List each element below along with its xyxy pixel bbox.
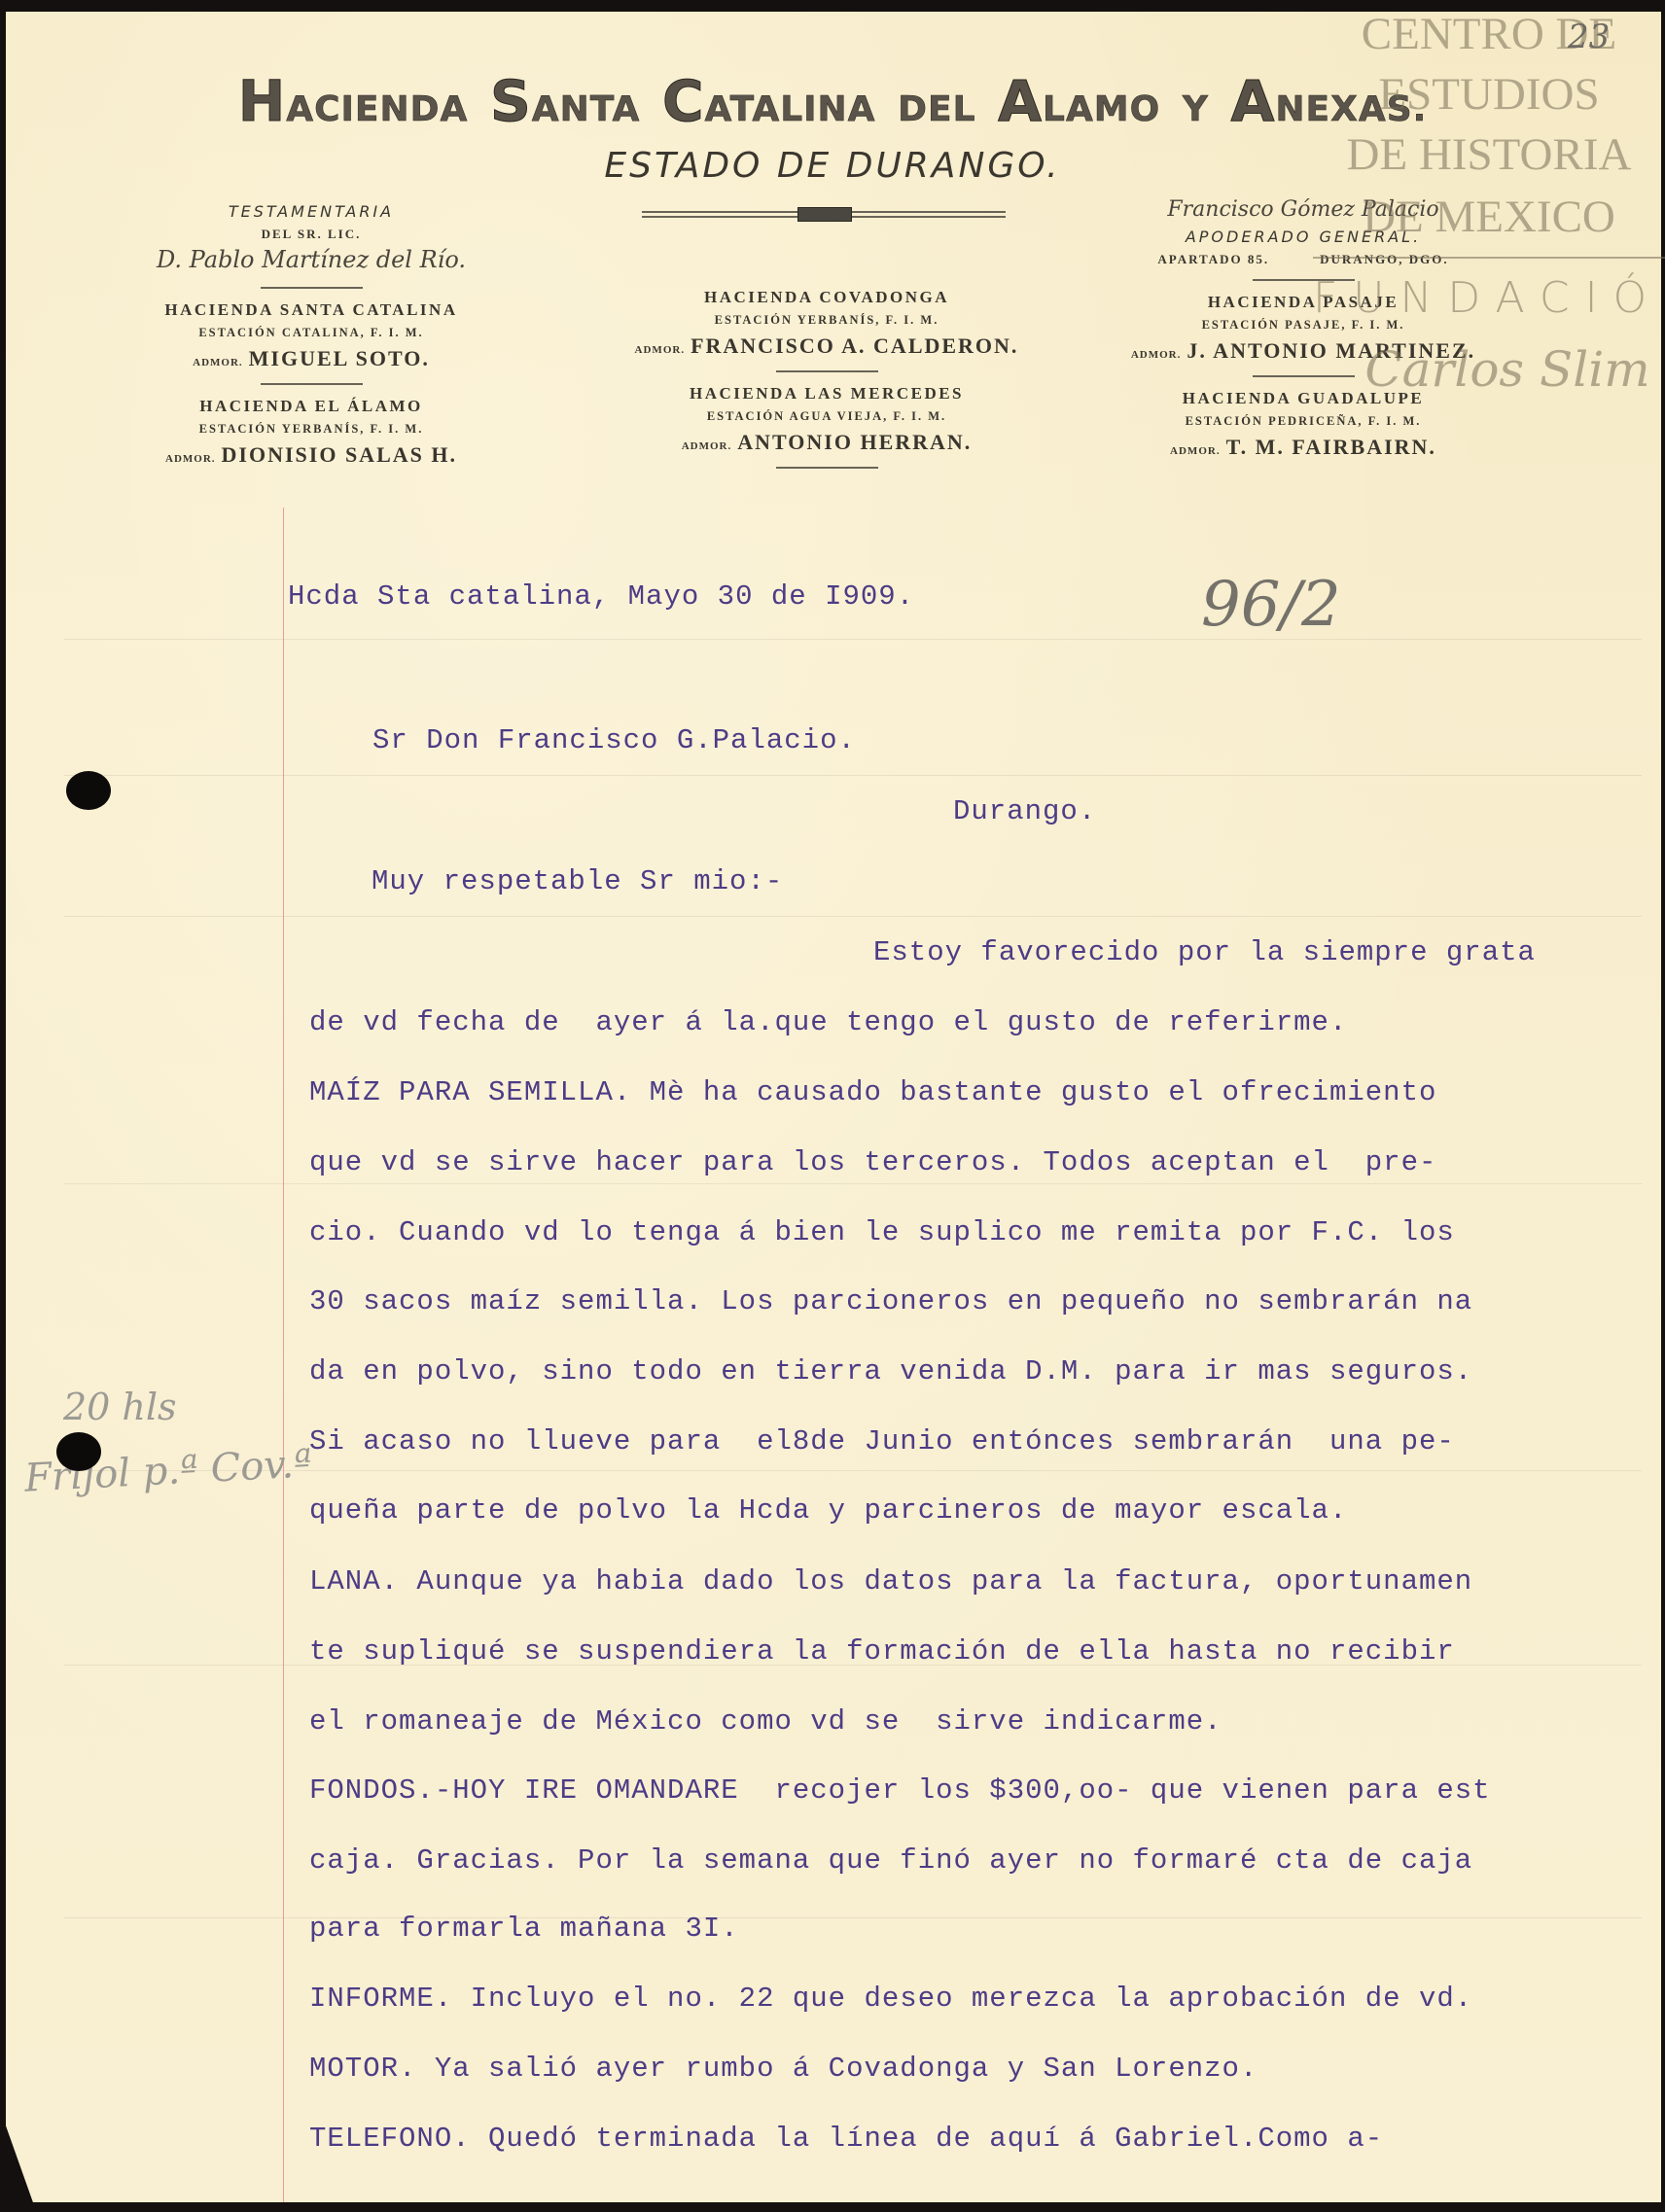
- bleed-through-line: [64, 1183, 1642, 1184]
- letter-line: da en polvo, sino todo en tierra venida …: [309, 1355, 1472, 1387]
- letter-line: caja. Gracias. Por la semana que finó ay…: [309, 1844, 1472, 1877]
- letter-line: MAÍZ PARA SEMILLA. Mè ha causado bastant…: [309, 1076, 1436, 1108]
- reference-annotation: 96/2: [1201, 569, 1341, 641]
- title-word: DEL: [898, 89, 975, 129]
- letterhead-center-column: HACIENDA COVADONGA ESTACIÓN YERBANÍS, F.…: [584, 288, 1070, 480]
- letter-line: te supliqué se suspendiera la formación …: [309, 1635, 1455, 1668]
- hacienda-name: HACIENDA SANTA CATALINA: [117, 300, 506, 320]
- hacienda-name: HACIENDA COVADONGA: [584, 288, 1070, 307]
- hacienda-admin: ADMOR.DIONISIO SALAS H.: [117, 442, 506, 468]
- letter-recipient-city: Durango.: [953, 795, 1096, 827]
- letter-line: INFORME. Incluyo el no. 22 que deseo mer…: [309, 1983, 1472, 2015]
- title-word: HACIENDA: [238, 68, 469, 134]
- hacienda-station: ESTACIÓN AGUA VIEJA, F. I. M.: [584, 409, 1070, 424]
- estate-owner-name: D. Pablo Martínez del Río.: [117, 246, 506, 273]
- letter-line: MOTOR. Ya salió ayer rumbo á Covadonga y…: [309, 2053, 1258, 2085]
- hacienda-admin: ADMOR.FRANCISCO A. CALDERON.: [584, 334, 1070, 359]
- hacienda-name: HACIENDA EL ÁLAMO: [117, 397, 506, 416]
- archive-watermark: CENTRO DE ESTUDIOS DE HISTORIA DE MEXICO…: [1313, 0, 1665, 418]
- punch-hole: [66, 771, 111, 810]
- letter-line: Si acaso no llueve para el8de Junio entó…: [309, 1425, 1455, 1457]
- ornament-block: [797, 207, 852, 222]
- letter-line: LANA. Aunque ya habia dado los datos par…: [309, 1565, 1472, 1598]
- del-sr-lic-label: DEL SR. LIC.: [117, 227, 506, 242]
- letter-line: para formarla mañana 3I.: [309, 1913, 739, 1945]
- letter-place-date: Hcda Sta catalina, Mayo 30 de I909.: [288, 580, 914, 613]
- hacienda-admin: ADMOR.MIGUEL SOTO.: [117, 346, 506, 371]
- title-word: ALAMO: [998, 68, 1160, 134]
- letter-line: cio. Cuando vd lo tenga á bien le suplic…: [309, 1216, 1455, 1248]
- testamentaria-label: TESTAMENTARIA: [117, 202, 506, 221]
- hacienda-station: ESTACIÓN YERBANÍS, F. I. M.: [117, 422, 506, 437]
- red-margin-rule: [283, 508, 284, 2212]
- letter-line: el romaneaje de México como vd se sirve …: [309, 1705, 1222, 1738]
- ornament-rule: [642, 207, 1007, 221]
- title-word: Y: [1183, 89, 1209, 129]
- letter-line: queña parte de polvo la Hcda y parcinero…: [309, 1494, 1347, 1527]
- letter-recipient: Sr Don Francisco G.Palacio.: [372, 724, 856, 756]
- title-word: CATALINA: [662, 68, 876, 134]
- hacienda-station: ESTACIÓN YERBANÍS, F. I. M.: [584, 313, 1070, 328]
- bleed-through-line: [64, 916, 1642, 917]
- letter-line: que vd se sirve hacer para los terceros.…: [309, 1146, 1436, 1178]
- letter-line: Estoy favorecido por la siempre grata: [873, 936, 1536, 968]
- letter-line: TELEFONO. Quedó terminada la línea de aq…: [309, 2123, 1383, 2155]
- punch-hole: [56, 1432, 101, 1471]
- page-number-annotation: 23: [1568, 18, 1610, 56]
- margin-note-quantity: 20 hls: [63, 1386, 177, 1428]
- hacienda-name: HACIENDA LAS MERCEDES: [584, 384, 1070, 404]
- letter-line: de vd fecha de ayer á la.que tengo el gu…: [309, 1006, 1347, 1038]
- letterhead-left-column: TESTAMENTARIA DEL SR. LIC. D. Pablo Mart…: [117, 202, 506, 468]
- hacienda-admin: ADMOR.T. M. FAIRBAIRN.: [1080, 435, 1527, 460]
- bleed-through-line: [64, 775, 1642, 776]
- letter-line: 30 sacos maíz semilla. Los parcioneros e…: [309, 1285, 1472, 1317]
- letter-line: FONDOS.-HOY IRE OMANDARE recojer los $30…: [309, 1774, 1491, 1807]
- title-word: SANTA: [490, 68, 640, 134]
- hacienda-admin: ADMOR.ANTONIO HERRAN.: [584, 430, 1070, 455]
- bleed-through-line: [64, 639, 1642, 640]
- letter-salutation: Muy respetable Sr mio:-: [372, 865, 783, 897]
- bleed-through-line: [64, 1917, 1642, 1918]
- hacienda-station: ESTACIÓN CATALINA, F. I. M.: [117, 326, 506, 340]
